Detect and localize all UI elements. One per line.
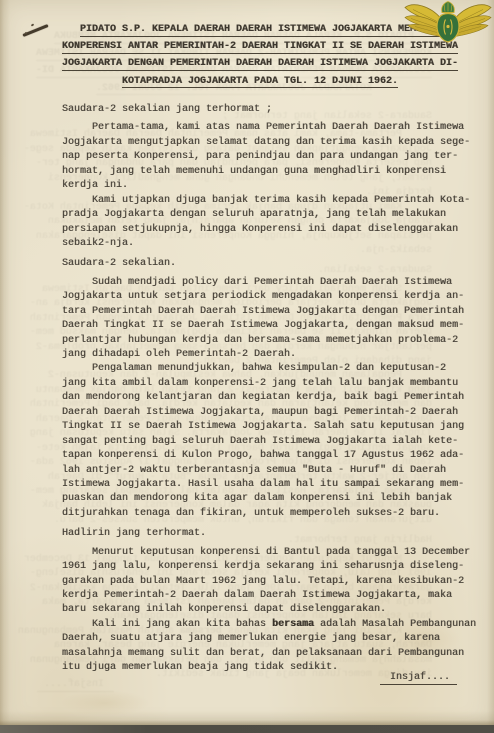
text-line: kerdja ini. (62, 179, 478, 193)
page-bottom-edge (0, 725, 494, 733)
text-line: Jogjakarta mengutjapkan selamat datang d… (62, 136, 478, 150)
text-line: Pengalaman menundjukkan, bahwa kesimpula… (62, 362, 478, 376)
paragraph: Pengalaman menundjukkan, bahwa kesimpula… (62, 362, 478, 521)
typed-content: PIDATO S.P. KEPALA DAERAH DAERAH ISTIMEW… (0, 0, 494, 733)
title-line: KONPERENSI ANTAR PEMERINTAH-2 DAERAH TIN… (60, 41, 460, 58)
text-line: Sudah mendjadi policy dari Pemerintah Da… (62, 276, 478, 290)
title-line: JOGJAKARTA DENGAN PEMERINTAH DAERAH DAER… (60, 58, 460, 75)
text-line: pradja Jogjakarta dengan seluruh aparatn… (62, 208, 478, 222)
text-line: Kali ini jang akan kita bahas bersama ad… (62, 618, 478, 632)
text-line: kerdja Pemerintah-2 Daerah dalam Daerah … (62, 589, 478, 603)
text-line: Jogjakarta untuk setjara periodick menga… (62, 290, 478, 304)
text-line: persiapan setjukupnja, hingga Konperensi… (62, 223, 478, 237)
paragraph: Pertama-tama, kami atas nama Pemerintah … (62, 121, 478, 193)
text-line: masalahnja memang sulit dan berat, dan p… (62, 647, 478, 661)
title-line: KOTAPRADJA JOGJAKARTA PADA TGL. 12 DJUNI… (60, 76, 460, 93)
pen-speck (25, 32, 27, 34)
text-line: Hadlirin jang terhormat. (62, 527, 478, 541)
text-line: perlantjar hubungan kerdja dan bersama-s… (62, 334, 478, 348)
text-line: sangat penting bagi seluruh Daerah Istim… (62, 435, 478, 449)
title-line: PIDATO S.P. KEPALA DAERAH DAERAH ISTIMEW… (60, 24, 460, 41)
text-line: Daerah, suatu atjara jang memerlukan ene… (62, 632, 478, 646)
text-line: hormat, jang telah memenuhi undangan gun… (62, 165, 478, 179)
scanned-document-page: { "document": { "title_lines": [ "PIDATO… (0, 0, 494, 733)
text-line: jang dihadapi oleh Pemerintah-2 Daerah. (62, 348, 478, 362)
text-line: Saudara-2 sekalian. (62, 257, 478, 271)
text-line: puaskan dan mendorong kita agar dalam ko… (62, 492, 478, 506)
paragraph: Sudah mendjadi policy dari Pemerintah Da… (62, 276, 478, 363)
jogjakarta-winged-crest-icon (403, 0, 493, 47)
text-line: Daerah Daerah Istimewa Jogjakarta, maupu… (62, 406, 478, 420)
salutation: Saudara-2 sekalian. (62, 257, 478, 271)
text-line: 1961 jang lalu, konperensi kerdja sekara… (62, 560, 478, 574)
text-line: nap peserta Konperensi, para penindjau d… (62, 150, 478, 164)
document-title: PIDATO S.P. KEPALA DAERAH DAERAH ISTIMEW… (60, 24, 460, 93)
document-body: Saudara-2 sekalian jang terhormat ; Pert… (62, 97, 478, 676)
text-line: baru sekarang inilah konperensi dapat di… (62, 603, 478, 617)
text-line: Saudara-2 sekalian jang terhormat ; (62, 103, 478, 117)
text-line: Menurut keputusan konperensi di Bantul p… (62, 546, 478, 560)
text-line: Daerah Tingkat II se Daerah Istimewa Jog… (62, 319, 478, 333)
text-line: dan mendorong kelantjaran dan kegiatan k… (62, 391, 478, 405)
text-line: Istimewa Jogjakarta. Hasil usaha dalam h… (62, 478, 478, 492)
text-line: Tingkat II se Daerah Istimewa Jogjakarta… (62, 420, 478, 434)
salutation: Hadlirin jang terhormat. (62, 527, 478, 541)
paragraph: Menurut keputusan konperensi di Bantul p… (62, 546, 478, 618)
text-line: jang kita ambil dalam konperensi-2 jang … (62, 377, 478, 391)
text-line: garakan pada bulan Maart 1962 jang lalu.… (62, 575, 478, 589)
text-line: tara Pemerintah Daerah Daerah Istimewa J… (62, 305, 478, 319)
paragraph: Kali ini jang akan kita bahas bersama ad… (62, 618, 478, 676)
catchword: Insjaf.... (380, 672, 457, 685)
text-line: tapan konperensi di Kulon Progo, bahwa t… (62, 449, 478, 463)
text-line: ditjurahkan tenaga dan fikiran, untuk me… (62, 507, 478, 521)
text-line: Kami utjapkan djuga banjak terima kasih … (62, 194, 478, 208)
paragraph: Kami utjapkan djuga banjak terima kasih … (62, 194, 478, 252)
text-line: Pertama-tama, kami atas nama Pemerintah … (62, 121, 478, 135)
text-line: lah antjer-2 waktu terberantasnja semua … (62, 464, 478, 478)
text-line: sebaik2-nja. (62, 237, 478, 251)
salutation: Saudara-2 sekalian jang terhormat ; (62, 103, 478, 117)
